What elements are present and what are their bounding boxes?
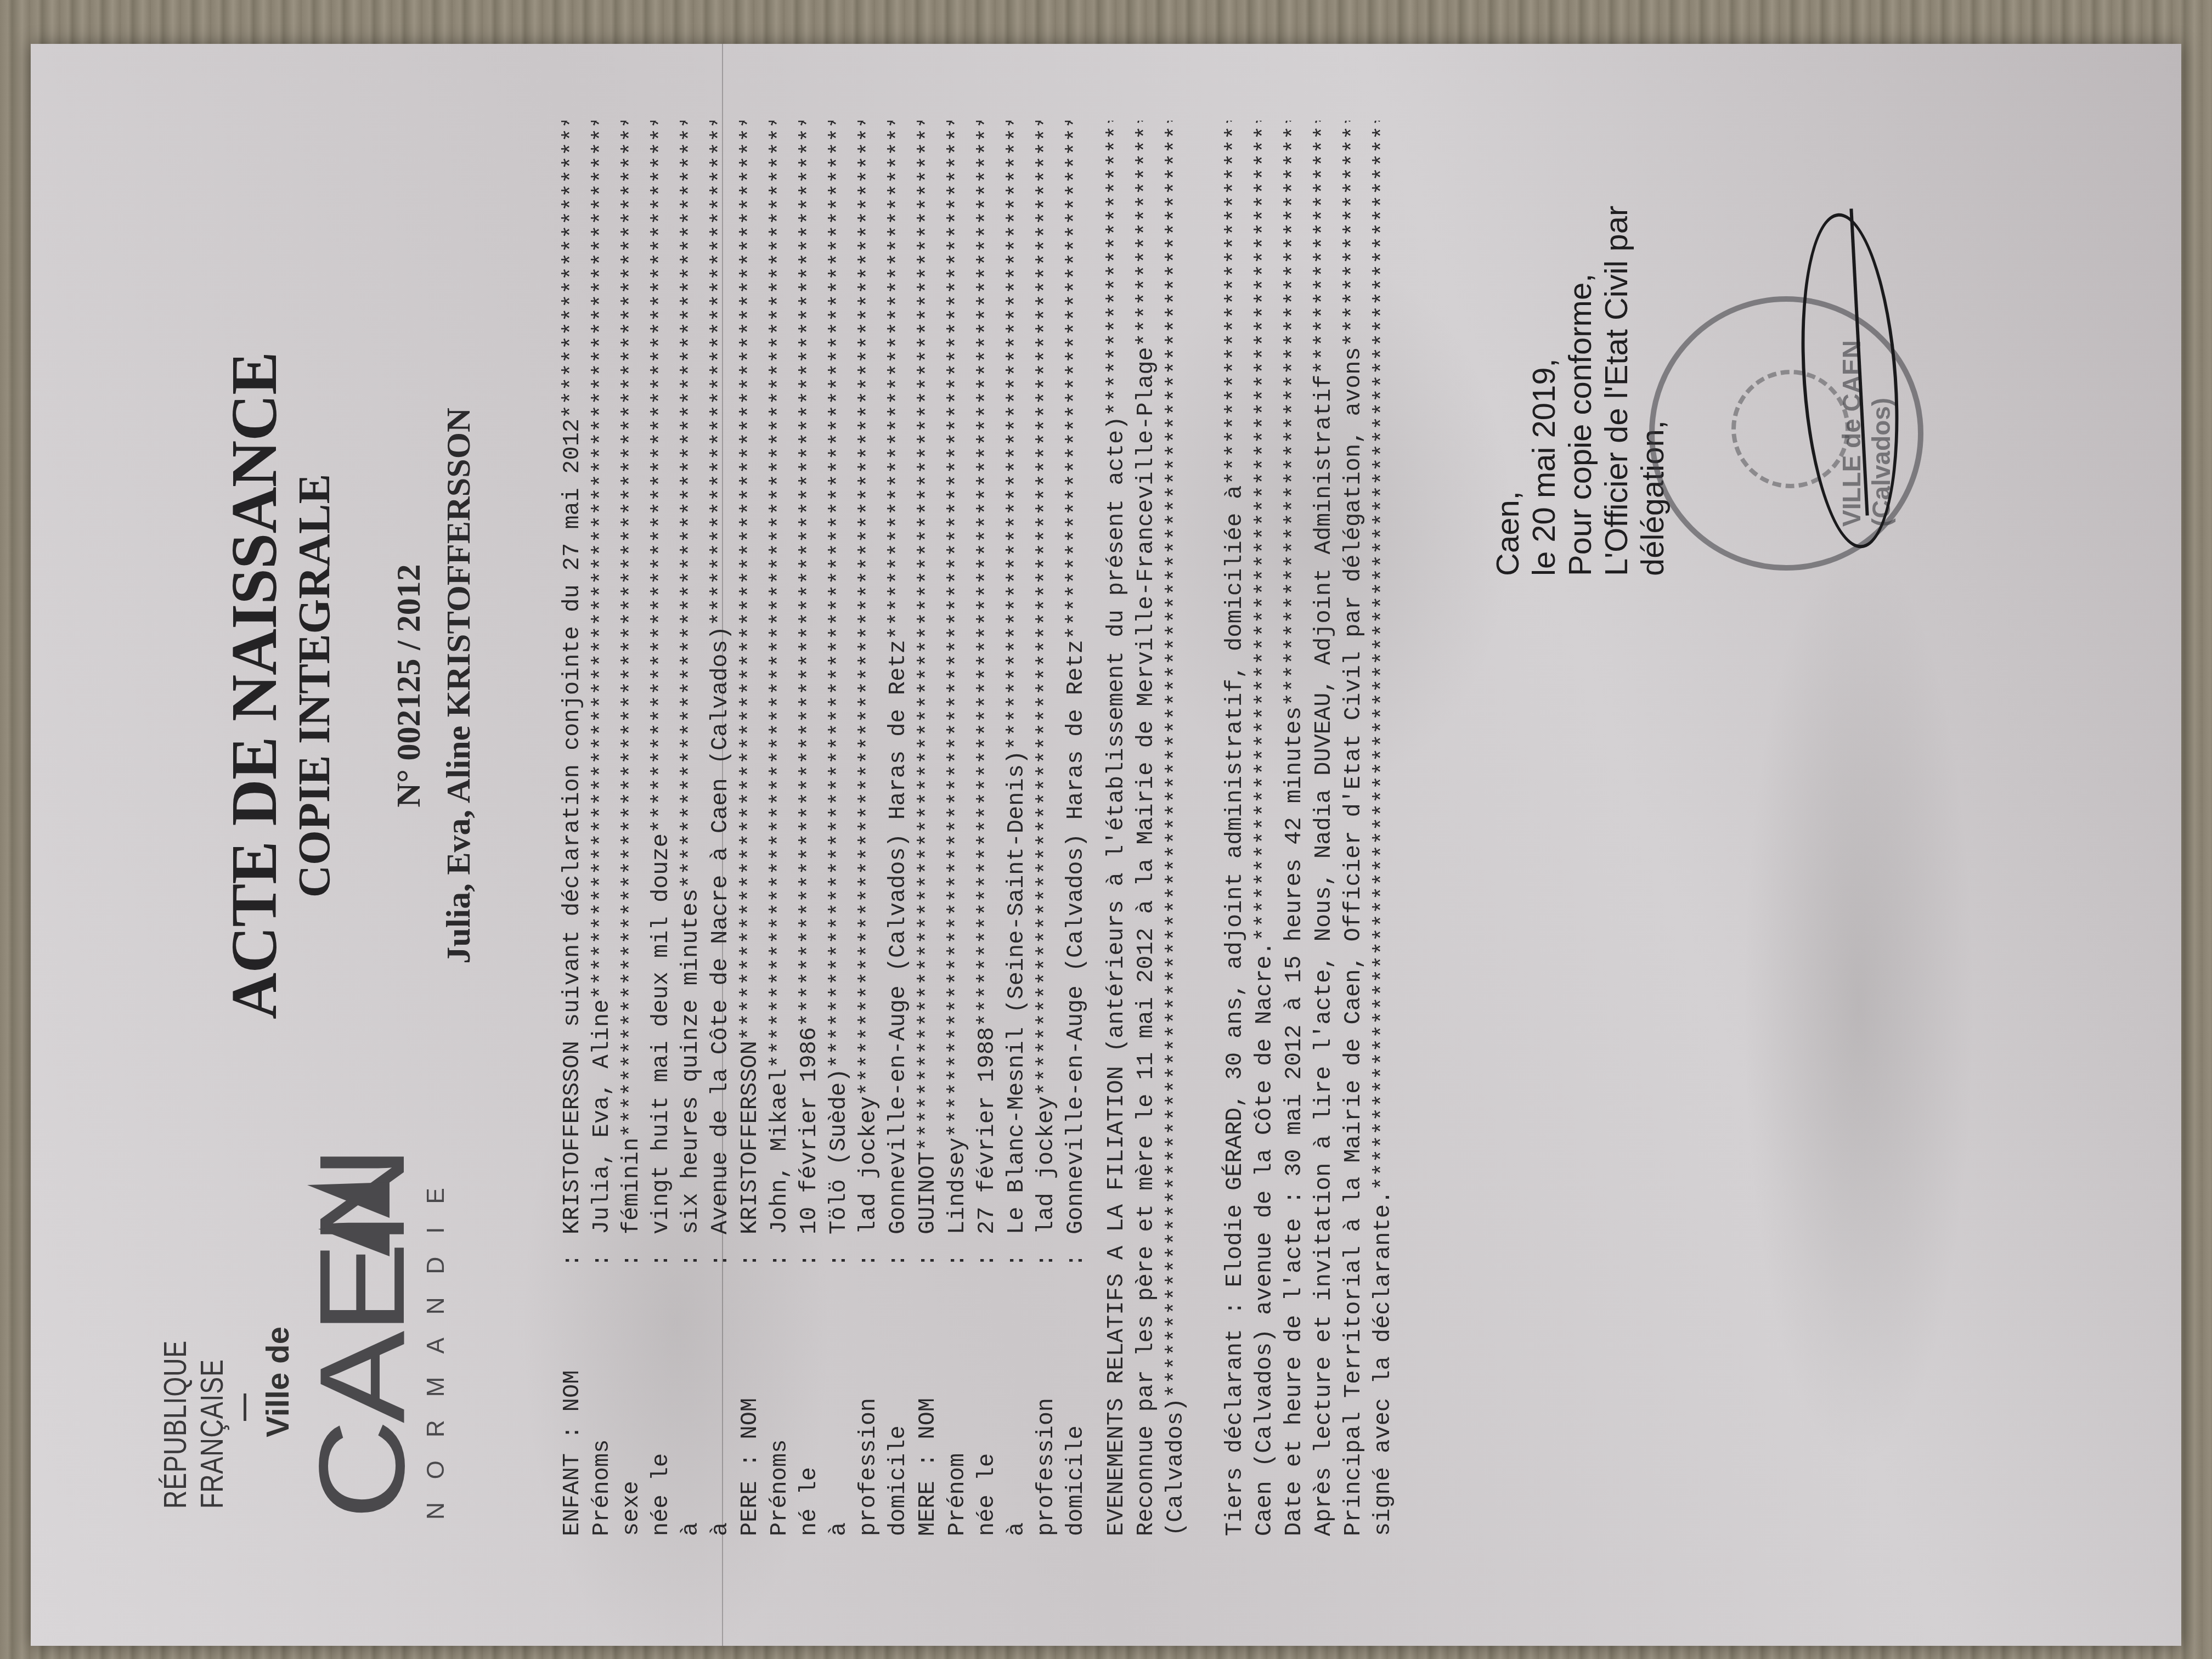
field-label: né le (794, 1267, 824, 1536)
field-label: domicile (883, 1267, 913, 1536)
certification-place: Caen, (1490, 82, 1526, 576)
act-number: N° 002125 / 2012 (390, 274, 428, 1097)
field-value: vingt huit mai deux mil douze (646, 121, 676, 1234)
event-line: Principal Territorial à la Mairie de Cae… (1339, 121, 1368, 1536)
field-row: Prénoms:Julia, Eva, Aline (587, 121, 617, 1536)
field-row: Prénom:Lindsey (943, 121, 972, 1536)
field-value: John, Mikael (765, 121, 794, 1234)
certification-line-2: L'Officier de l'Etat Civil par délégatio… (1599, 82, 1671, 576)
event-line: signé avec la déclarante. (1368, 121, 1398, 1536)
field-label: MERE : NOM (913, 1267, 943, 1536)
field-separator: : (1031, 1234, 1061, 1267)
event-line: Caen (Calvados) avenue de la Côte de Nac… (1250, 121, 1279, 1536)
field-value: KRISTOFFERSSON (735, 121, 765, 1234)
field-value: KRISTOFFERSSON suivant déclaration conjo… (557, 121, 587, 1234)
event-line: Reconnue par les père et mère le 11 mai … (1131, 121, 1161, 1536)
field-value: Le Blanc-Mesnil (Seine-Saint-Denis) (1002, 121, 1031, 1234)
field-value: 27 février 1988 (972, 121, 1002, 1234)
filiation-events: EVENEMENTS RELATIFS A LA FILIATION (anté… (1102, 121, 1398, 1536)
field-label: domicile (1061, 1267, 1091, 1536)
field-separator: : (794, 1234, 824, 1267)
field-label: à (1002, 1267, 1031, 1536)
field-value: 10 février 1986 (794, 121, 824, 1234)
field-separator: : (646, 1234, 676, 1267)
document-subtitle: COPIE INTEGRALE (289, 274, 340, 1097)
field-separator: : (913, 1234, 943, 1267)
field-separator: : (557, 1234, 587, 1267)
field-separator: : (1002, 1234, 1031, 1267)
certification-date: le 20 mai 2019, (1526, 82, 1562, 576)
field-value: Gonneville-en-Auge (Calvados) Haras de R… (883, 121, 913, 1234)
field-value: Avenue de la Côte de Nacre à Caen (Calva… (706, 121, 735, 1234)
field-separator: : (854, 1234, 883, 1267)
field-row: née le:27 février 1988 (972, 121, 1002, 1536)
republic-label: RÉPUBLIQUE FRANÇAISE (157, 1254, 230, 1509)
field-label: à (824, 1267, 854, 1536)
field-row: sexe:féminin (617, 121, 646, 1536)
field-label: sexe (617, 1267, 646, 1536)
civil-record-fields: ENFANT : NOM:KRISTOFFERSSON suivant décl… (557, 121, 1398, 1536)
field-label: née le (972, 1267, 1002, 1536)
field-value: six heures quinze minutes (676, 121, 706, 1234)
field-row: domicile:Gonneville-en-Auge (Calvados) H… (1061, 121, 1091, 1536)
event-line: (Calvados) (1161, 121, 1190, 1536)
field-value: lad jockey (1031, 121, 1061, 1234)
caen-logo: CAEN NORMANDIE (307, 1190, 450, 1520)
field-separator: : (765, 1234, 794, 1267)
field-separator: : (824, 1234, 854, 1267)
certification-block: Caen, le 20 mai 2019, Pour copie conform… (1490, 82, 1671, 576)
field-label: PERE : NOM (735, 1267, 765, 1536)
field-row: ENFANT : NOM:KRISTOFFERSSON suivant décl… (557, 121, 587, 1536)
field-label: à (676, 1267, 706, 1536)
field-row: MERE : NOM:GUINOT (913, 121, 943, 1536)
field-row: PERE : NOM:KRISTOFFERSSON (735, 121, 765, 1536)
certification-line-1: Pour copie conforme, (1562, 82, 1599, 576)
event-line: Date et heure de l'acte : 30 mai 2012 à … (1279, 121, 1309, 1536)
field-value: Julia, Eva, Aline (587, 121, 617, 1234)
field-separator: : (676, 1234, 706, 1267)
events-heading: EVENEMENTS RELATIFS A LA FILIATION (anté… (1102, 121, 1131, 1536)
field-row: Prénoms:John, Mikael (765, 121, 794, 1536)
document-title-block: ACTE DE NAISSANCE COPIE INTEGRALE N° 002… (217, 274, 478, 1097)
field-value: Gonneville-en-Auge (Calvados) Haras de R… (1061, 121, 1091, 1234)
field-row: à:Avenue de la Côte de Nacre à Caen (Cal… (706, 121, 735, 1536)
birth-certificate-page: RÉPUBLIQUE FRANÇAISE Ville de CAEN NORMA… (31, 44, 2181, 1646)
field-row: à:Tölö (Suède) (824, 121, 854, 1536)
field-label: Prénoms (587, 1267, 617, 1536)
event-line: Après lecture et invitation à lire l'act… (1309, 121, 1339, 1536)
field-value: lad jockey (854, 121, 883, 1234)
field-separator: : (943, 1234, 972, 1267)
field-value: féminin (617, 121, 646, 1234)
field-value: Lindsey (943, 121, 972, 1234)
event-line (1190, 121, 1220, 1536)
field-value: GUINOT (913, 121, 943, 1234)
field-label: ENFANT : NOM (557, 1267, 587, 1536)
field-separator: : (735, 1234, 765, 1267)
field-separator: : (706, 1234, 735, 1267)
field-value: Tölö (Suède) (824, 121, 854, 1234)
field-separator: : (587, 1234, 617, 1267)
city-header: RÉPUBLIQUE FRANÇAISE Ville de CAEN NORMA… (157, 1190, 450, 1520)
event-line: Tiers déclarant : Elodie GÉRARD, 30 ans,… (1220, 121, 1250, 1536)
document-title: ACTE DE NAISSANCE (217, 274, 292, 1097)
ville-de-label: Ville de (259, 1190, 296, 1437)
child-full-name: Julia, Eva, Aline KRISTOFFERSSON (439, 274, 478, 1097)
field-label: Prénom (943, 1267, 972, 1536)
field-row: domicile:Gonneville-en-Auge (Calvados) H… (883, 121, 913, 1536)
field-label: née le (646, 1267, 676, 1536)
field-row: né le:10 février 1986 (794, 121, 824, 1536)
field-label: Prénoms (765, 1267, 794, 1536)
field-separator: : (883, 1234, 913, 1267)
field-row: née le:vingt huit mai deux mil douze (646, 121, 676, 1536)
field-row: à:Le Blanc-Mesnil (Seine-Saint-Denis) (1002, 121, 1031, 1536)
field-separator: : (972, 1234, 1002, 1267)
field-label: profession (1031, 1267, 1061, 1536)
field-label: à (706, 1267, 735, 1536)
caen-logo-mark-icon (307, 1180, 390, 1262)
field-row: profession:lad jockey (1031, 121, 1061, 1536)
field-separator: : (1061, 1234, 1091, 1267)
field-label: profession (854, 1267, 883, 1536)
divider (244, 1393, 246, 1421)
field-row: à:six heures quinze minutes (676, 121, 706, 1536)
field-separator: : (617, 1234, 646, 1267)
field-row: profession:lad jockey (854, 121, 883, 1536)
